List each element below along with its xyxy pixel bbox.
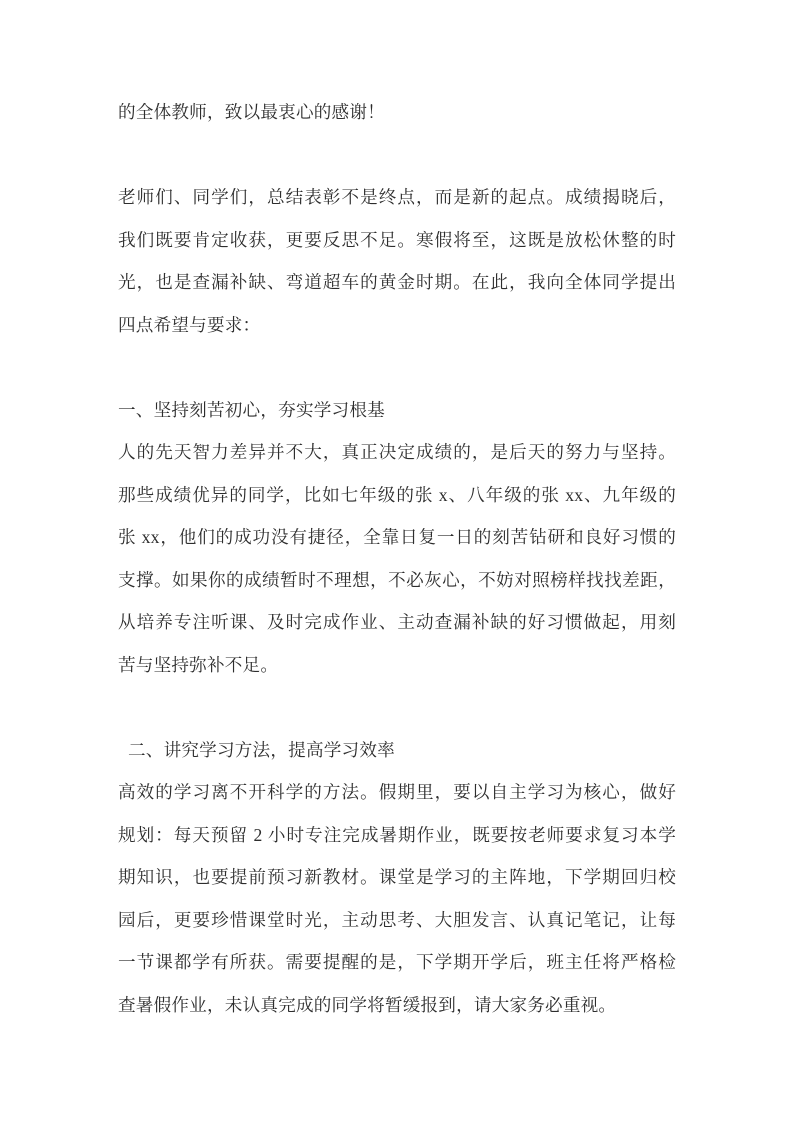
text-line: 查暑假作业，未认真完成的同学将暂缓报到，请大家务必重视。 [118,984,676,1027]
text-line: 张 xx，他们的成功没有捷径，全靠日复一日的刻苦钻研和良好习惯的 [118,516,676,559]
text-line: 那些成绩优异的同学，比如七年级的张 x、八年级的张 xx、九年级的 [118,474,676,517]
text-line: 期知识，也要提前预习新教材。课堂是学习的主阵地，下学期回归校 [118,856,676,899]
section-one: 一、坚持刻苦初心，夯实学习根基 人的先天智力差异并不大，真正决定成绩的，是后天的… [118,389,676,687]
text-line: 一节课都学有所获。需要提醒的是，下学期开学后，班主任将严格检 [118,941,676,984]
text-line: 规划：每天预留 2 小时专注完成暑期作业，既要按老师要求复习本学 [118,814,676,857]
text-line: 高效的学习离不开科学的方法。假期里，要以自主学习为核心，做好 [118,771,676,814]
text-line: 苦与坚持弥补不足。 [118,644,676,687]
text-line: 从培养专注听课、及时完成作业、主动查漏补缺的好习惯做起，用刻 [118,601,676,644]
text-line: 我们既要肯定收获，更要反思不足。寒假将至，这既是放松休整的时 [118,219,676,262]
text-line: 的全体教师，致以最衷心的感谢！ [118,91,676,134]
text-line: 四点希望与要求： [118,304,676,347]
section-two: 二、讲究学习方法，提高学习效率 高效的学习离不开科学的方法。假期里，要以自主学习… [118,729,676,1027]
section-heading: 一、坚持刻苦初心，夯实学习根基 [118,389,676,432]
text-line: 光，也是查漏补缺、弯道超车的黄金时期。在此，我向全体同学提出 [118,261,676,304]
document-page: 的全体教师，致以最衷心的感谢！ 老师们、同学们，总结表彰不是终点，而是新的起点。… [118,91,676,1026]
text-line: 老师们、同学们，总结表彰不是终点，而是新的起点。成绩揭晓后， [118,176,676,219]
paragraph-continuation: 的全体教师，致以最衷心的感谢！ [118,91,676,134]
text-line: 园后，更要珍惜课堂时光，主动思考、大胆发言、认真记笔记，让每 [118,899,676,942]
paragraph-intro: 老师们、同学们，总结表彰不是终点，而是新的起点。成绩揭晓后， 我们既要肯定收获，… [118,176,676,346]
text-line: 支撑。如果你的成绩暂时不理想，不必灰心，不妨对照榜样找找差距， [118,559,676,602]
text-line: 人的先天智力差异并不大，真正决定成绩的，是后天的努力与坚持。 [118,431,676,474]
section-heading: 二、讲究学习方法，提高学习效率 [118,729,676,772]
